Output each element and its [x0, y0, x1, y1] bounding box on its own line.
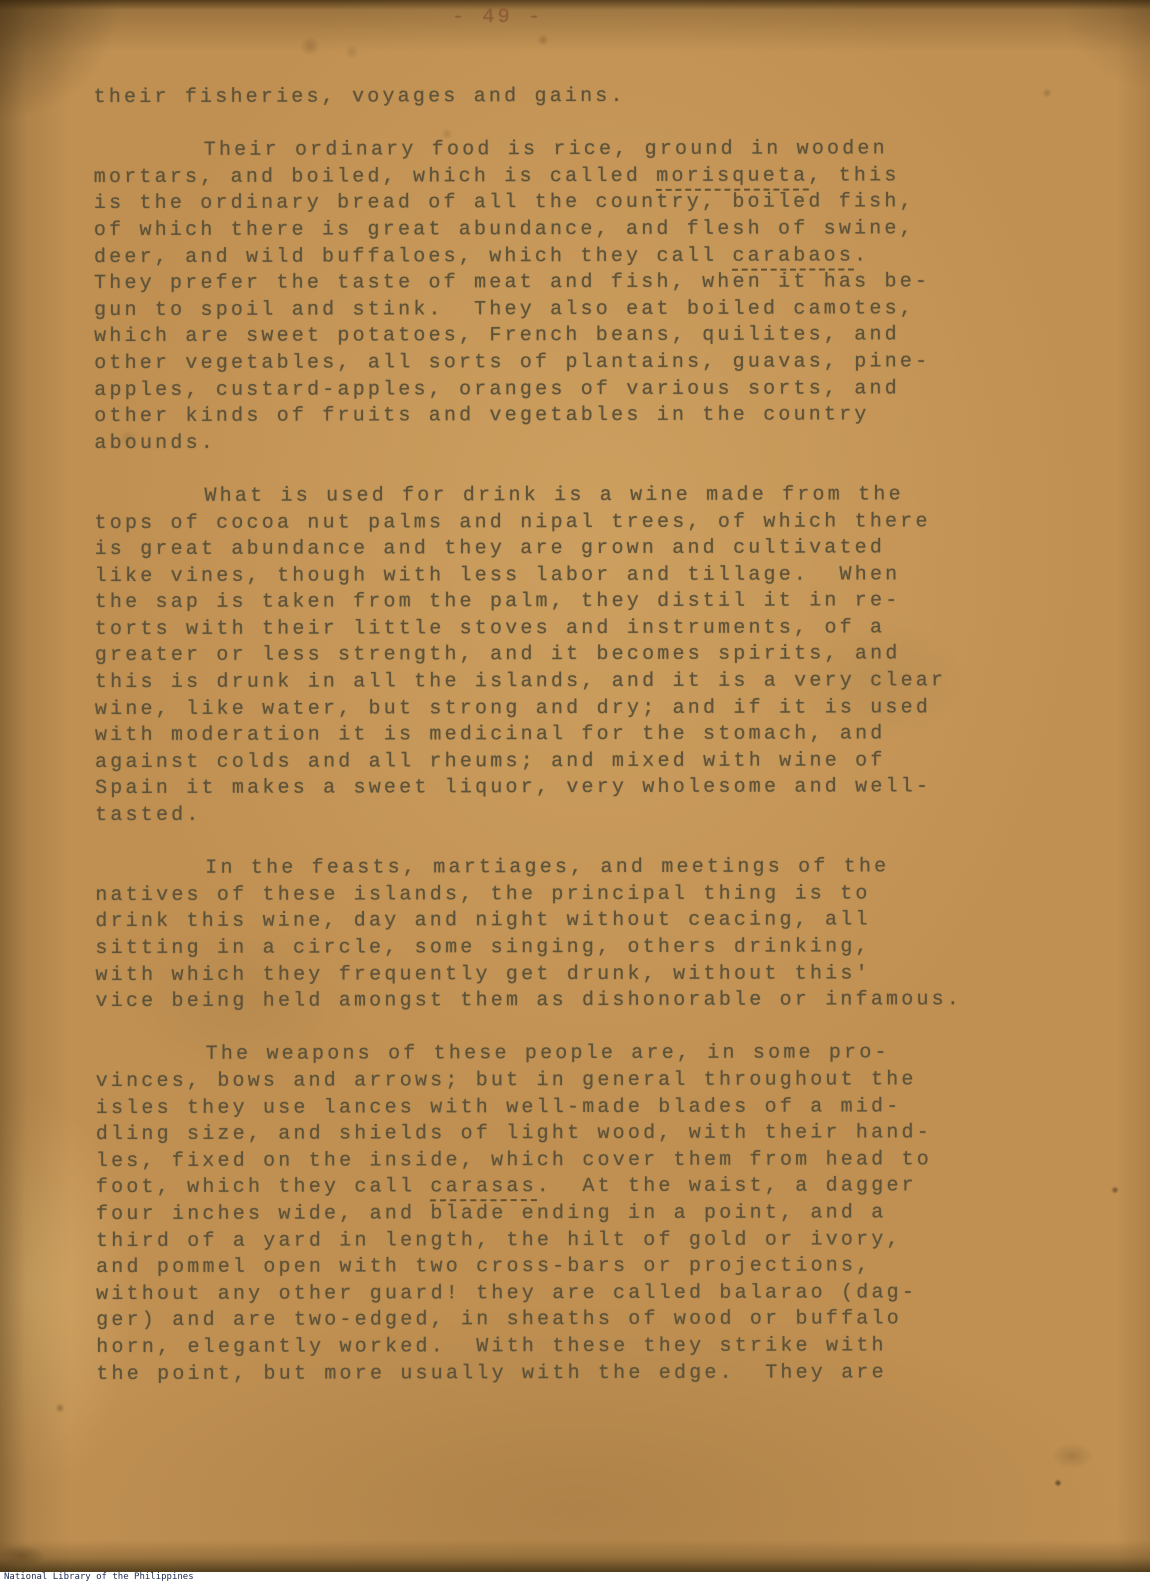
text-line: abounds.	[94, 429, 1084, 458]
text-line: and pommel open with two cross-bars or p…	[96, 1253, 1086, 1282]
underlined-word: morisqueta	[656, 164, 808, 190]
text-line: vice being held amongst them as dishonor…	[96, 987, 1086, 1016]
paper-page: - 49 - their fisheries, voyages and gain…	[0, 0, 1150, 1572]
text-line: greater or less strength, and it becomes…	[95, 641, 1085, 670]
text-line: horn, elegantly worked. With these they …	[96, 1333, 1086, 1362]
text-line: mortars, and boiled, which is called mor…	[94, 163, 1084, 192]
paragraph: In the feasts, martiages, and meetings o…	[95, 854, 1085, 1016]
text-line: wine, like water, but strong and dry; an…	[95, 695, 1085, 724]
paragraph: What is used for drink is a wine made fr…	[94, 482, 1085, 830]
text-line: Their ordinary food is rice, ground in w…	[94, 136, 1084, 165]
text-line: foot, which they call carasas. At the wa…	[96, 1173, 1086, 1202]
text-line: tasted.	[95, 801, 1085, 830]
text-line: ger) and are two-edged, in sheaths of wo…	[96, 1306, 1086, 1335]
page-number: - 49 -	[452, 6, 543, 29]
text-line: of which there is great abundance, and f…	[94, 216, 1084, 245]
text-line: is the ordinary bread of all the country…	[94, 189, 1084, 218]
page-bottom-shadow	[0, 1540, 1150, 1572]
underlined-word: carabaos	[732, 244, 854, 270]
text-line: with which they frequently get drunk, wi…	[95, 961, 1085, 990]
text-line: the point, but more usually with the edg…	[96, 1359, 1086, 1388]
text-line: Spain it makes a sweet liquor, very whol…	[95, 774, 1085, 803]
text-line: torts with their little stoves and instr…	[95, 615, 1085, 644]
text-line: like vines, though with less labor and t…	[95, 562, 1085, 591]
text-line: with moderation it is medicinal for the …	[95, 721, 1085, 750]
text-line: against colds and all rheums; and mixed …	[95, 748, 1085, 777]
text-line: The weapons of these people are, in some…	[96, 1040, 1086, 1069]
text-body: their fisheries, voyages and gains.Their…	[94, 83, 1087, 1415]
text-line: vinces, bows and arrows; but in general …	[96, 1067, 1086, 1096]
text-line: four inches wide, and blade ending in a …	[96, 1200, 1086, 1229]
paragraph: The weapons of these people are, in some…	[96, 1040, 1087, 1388]
text-line: natives of these islands, the principal …	[95, 881, 1085, 910]
text-line: third of a yard in length, the hilt of g…	[96, 1226, 1086, 1255]
paragraph: Their ordinary food is rice, ground in w…	[94, 136, 1085, 457]
text-line: They prefer the taste of meat and fish, …	[94, 269, 1084, 298]
library-watermark: National Library of the Philippines	[4, 1572, 194, 1583]
text-line: In the feasts, martiages, and meetings o…	[95, 854, 1085, 883]
text-line: dling size, and shields of light wood, w…	[96, 1120, 1086, 1149]
text-line: other vegetables, all sorts of plantains…	[94, 349, 1084, 378]
text-line: their fisheries, voyages and gains.	[94, 83, 1084, 112]
text-line: drink this wine, day and night without c…	[95, 907, 1085, 936]
text-line: is great abundance and they are grown an…	[95, 535, 1085, 564]
text-line: sitting in a circle, some singing, other…	[95, 934, 1085, 963]
text-line: which are sweet potatoes, French beans, …	[94, 322, 1084, 351]
text-line: isles they use lances with well-made bla…	[96, 1094, 1086, 1123]
underlined-word: carasas	[430, 1175, 536, 1201]
text-line: apples, custard-apples, oranges of vario…	[94, 375, 1084, 404]
text-line: the sap is taken from the palm, they dis…	[95, 588, 1085, 617]
text-line: What is used for drink is a wine made fr…	[94, 482, 1084, 511]
text-line: deer, and wild buffaloes, which they cal…	[94, 243, 1084, 272]
text-line: this is drunk in all the islands, and it…	[95, 668, 1085, 697]
text-line: other kinds of fruits and vegetables in …	[94, 402, 1084, 431]
paragraph: their fisheries, voyages and gains.	[94, 83, 1084, 112]
text-line: without any other guard! they are called…	[96, 1280, 1086, 1309]
scanned-document: { "page": { "page_number": "- 49 -", "wa…	[0, 0, 1152, 1583]
text-line: tops of cocoa nut palms and nipal trees,…	[94, 508, 1084, 537]
text-line: les, fixed on the inside, which cover th…	[96, 1147, 1086, 1176]
text-line: gun to spoil and stink. They also eat bo…	[94, 296, 1084, 325]
